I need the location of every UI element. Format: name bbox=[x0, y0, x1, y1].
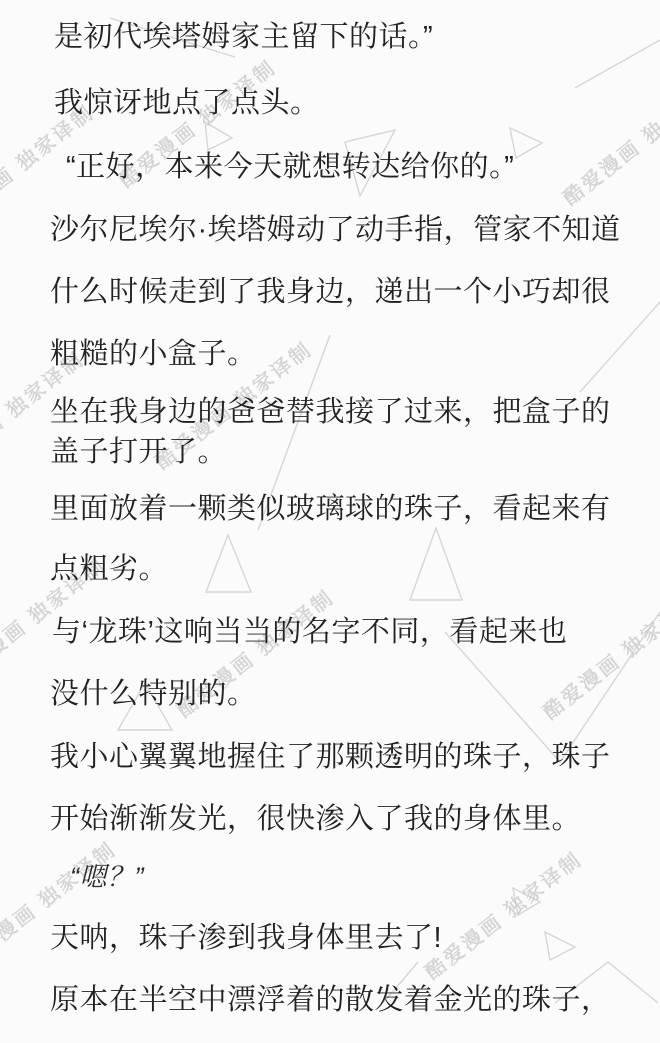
text-line: 我小心翼翼地握住了那颗透明的珠子，珠子 bbox=[50, 741, 611, 774]
watermark-line bbox=[580, 302, 660, 392]
text-line: 什么时候走到了我身边，递出一个小巧却很 bbox=[50, 276, 611, 309]
text-line: 开始渐渐发光，很快渗入了我的身体里。 bbox=[50, 803, 581, 836]
text-line: 天呐，珠子渗到我身体里去了! bbox=[50, 922, 442, 955]
text-line: 点粗劣。 bbox=[50, 553, 168, 586]
watermark-triangle-icon bbox=[510, 128, 542, 158]
watermark-line bbox=[575, 40, 660, 88]
text-line: 盖子打开了。 bbox=[50, 436, 227, 469]
text-line: 粗糙的小盒子。 bbox=[50, 338, 257, 371]
novel-text-page: 酷爱漫画 独家译制 酷爱漫画 独家译制 酷爱漫画 独家译制 酷爱漫画 独家译制 … bbox=[0, 0, 660, 1043]
text-line: 与‘龙珠’这响当当的名字不同，看起来也 bbox=[52, 616, 567, 649]
watermark-triangle-icon bbox=[545, 932, 575, 960]
text-line: 坐在我身边的爸爸替我接了过来，把盒子的 bbox=[50, 396, 611, 429]
watermark-text: 酷爱漫画 独家译制 bbox=[556, 69, 660, 210]
watermark-text: 酷爱漫画 独家译制 bbox=[536, 583, 660, 724]
watermark-triangle-icon bbox=[513, 888, 540, 915]
text-line-emphasis: “嗯？” bbox=[70, 862, 144, 893]
text-line: 没什么特别的。 bbox=[50, 678, 257, 711]
text-line: 原本在半空中漂浮着的散发着金光的珠子， bbox=[50, 984, 611, 1017]
watermark-triangle-icon bbox=[206, 535, 251, 592]
text-line: 里面放着一颗类似玻璃球的珠子，看起来有 bbox=[50, 493, 611, 526]
text-line: 是初代埃塔姆家主留下的话。” bbox=[54, 21, 433, 54]
text-line: “正好，本来今天就想转达给你的。” bbox=[66, 151, 514, 184]
text-line: 我惊讶地点了点头。 bbox=[54, 87, 320, 120]
text-line: 沙尔尼埃尔·埃塔姆动了动手指，管家不知道 bbox=[50, 214, 621, 247]
watermark-triangle-icon bbox=[410, 528, 462, 600]
watermark-text: 酷爱漫画 独家译制 bbox=[418, 843, 588, 984]
watermark-triangle-icon bbox=[205, 122, 232, 150]
